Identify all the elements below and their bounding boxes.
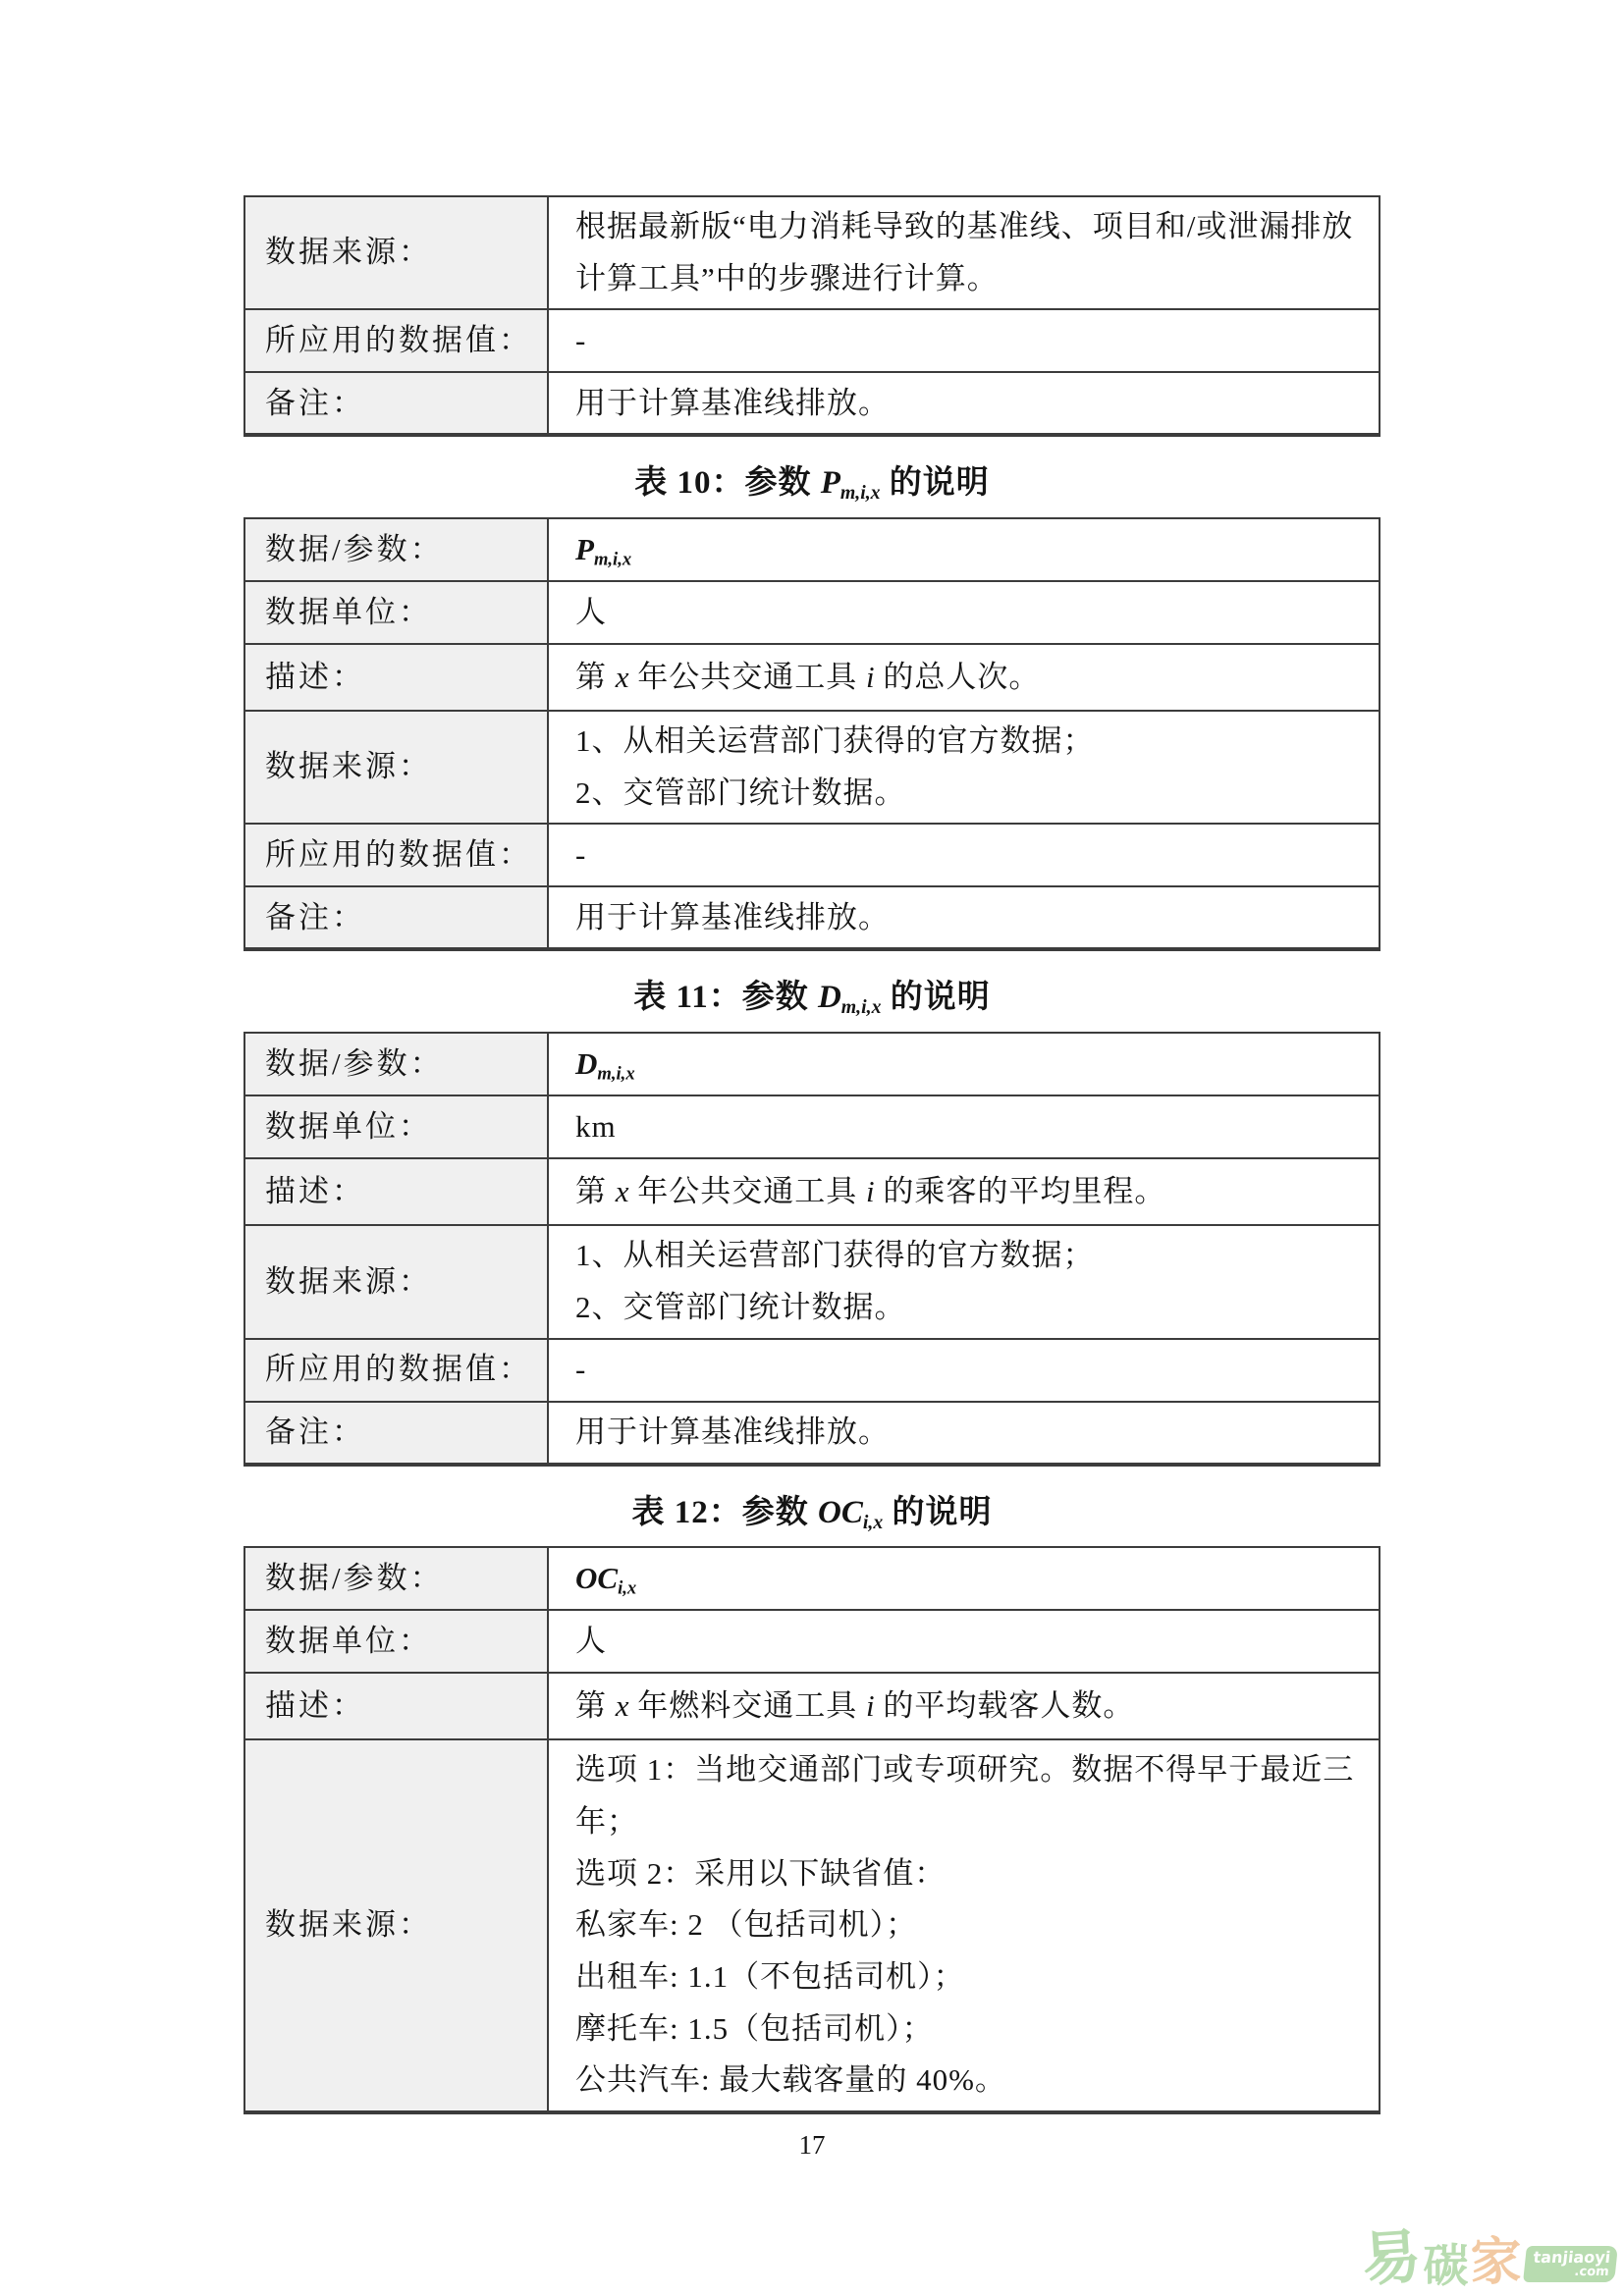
row-description: 描述： 第 x 年燃料交通工具 i 的平均载客人数。 <box>244 1673 1380 1739</box>
row-label-cell: 数据/参数： <box>244 1547 548 1610</box>
row-data-parameter: 数据/参数： OCi,x <box>244 1547 1380 1610</box>
title-text: 表 12：参数 <box>632 1495 819 1530</box>
row-value-cell: 人 <box>548 1610 1380 1673</box>
row-data-source: 数据来源： 1、从相关运营部门获得的官方数据； 2、交管部门统计数据。 <box>244 711 1380 824</box>
row-value-cell: 用于计算基准线排放。 <box>548 886 1380 949</box>
row-data-unit: 数据单位： km <box>244 1095 1380 1158</box>
row-label-cell: 数据/参数： <box>244 1033 548 1095</box>
row-data-source: 数据来源： 1、从相关运营部门获得的官方数据； 2、交管部门统计数据。 <box>244 1225 1380 1338</box>
row-data-parameter: 数据/参数： Dm,i,x <box>244 1033 1380 1095</box>
row-applied-value: 所应用的数据值： - <box>244 309 1380 372</box>
title-text: 表 10：参数 <box>634 465 821 501</box>
row-data-unit: 数据单位： 人 <box>244 1610 1380 1673</box>
row-value-cell: Pm,i,x <box>548 518 1380 581</box>
row-value-cell: 1、从相关运营部门获得的官方数据； 2、交管部门统计数据。 <box>548 711 1380 824</box>
watermark-char-yi: 易 <box>1360 2227 1423 2290</box>
row-label-cell: 数据单位： <box>244 1095 548 1158</box>
param-name: Dm,i,x <box>575 1046 635 1081</box>
row-description: 描述： 第 x 年公共交通工具 i 的乘客的平均里程。 <box>244 1158 1380 1225</box>
row-label-cell: 备注： <box>244 886 548 949</box>
row-value-cell: - <box>548 1339 1380 1402</box>
row-value-cell: 1、从相关运营部门获得的官方数据； 2、交管部门统计数据。 <box>548 1225 1380 1338</box>
title-text: 的说明 <box>881 980 990 1015</box>
table-10: 数据/参数： Pm,i,x 数据单位： 人 描述： 第 x 年公共交通工具 i … <box>244 517 1380 951</box>
row-label-cell: 描述： <box>244 1158 548 1225</box>
row-value-cell: - <box>548 824 1380 886</box>
row-label-cell: 描述： <box>244 644 548 711</box>
row-remarks: 备注： 用于计算基准线排放。 <box>244 372 1380 435</box>
title-text: 表 11：参数 <box>633 980 818 1015</box>
row-description: 描述： 第 x 年公共交通工具 i 的总人次。 <box>244 644 1380 711</box>
table-11: 数据/参数： Dm,i,x 数据单位： km 描述： 第 x 年公共交通工具 i… <box>244 1032 1380 1466</box>
row-label-cell: 描述： <box>244 1673 548 1739</box>
row-label-cell: 备注： <box>244 1402 548 1465</box>
row-data-unit: 数据单位： 人 <box>244 581 1380 644</box>
row-data-source: 数据来源： 选项 1：当地交通部门或专项研究。数据不得早于最近三年； 选项 2：… <box>244 1739 1380 2112</box>
row-label-cell: 所应用的数据值： <box>244 1339 548 1402</box>
param-name: Pm,i,x <box>575 532 631 566</box>
row-label-cell: 数据来源： <box>244 711 548 824</box>
row-value-cell: 根据最新版“电力消耗导致的基准线、项目和/或泄漏排放计算工具”中的步骤进行计算。 <box>548 196 1380 309</box>
row-remarks: 备注： 用于计算基准线排放。 <box>244 886 1380 949</box>
row-label-cell: 所应用的数据值： <box>244 824 548 886</box>
watermark-char-tan: 碳 <box>1423 2243 1468 2288</box>
page-number: 17 <box>0 2130 1624 2161</box>
row-applied-value: 所应用的数据值： - <box>244 824 1380 886</box>
row-value-cell: 选项 1：当地交通部门或专项研究。数据不得早于最近三年； 选项 2：采用以下缺省… <box>548 1739 1380 2112</box>
row-data-parameter: 数据/参数： Pm,i,x <box>244 518 1380 581</box>
table-11-title: 表 11：参数 Dm,i,x 的说明 <box>244 982 1380 1018</box>
row-label-cell: 数据/参数： <box>244 518 548 581</box>
row-label-cell: 数据单位： <box>244 581 548 644</box>
row-value-cell: 用于计算基准线排放。 <box>548 1402 1380 1465</box>
param-name: OCi,x <box>818 1495 883 1530</box>
row-value-cell: Dm,i,x <box>548 1033 1380 1095</box>
watermark-domain-badge: tanjiaoyi.com <box>1524 2246 1618 2282</box>
row-label-cell: 所应用的数据值： <box>244 309 548 372</box>
row-value-cell: 第 x 年燃料交通工具 i 的平均载客人数。 <box>548 1673 1380 1739</box>
row-label-cell: 数据来源： <box>244 196 548 309</box>
row-label-cell: 备注： <box>244 372 548 435</box>
table-12: 数据/参数： OCi,x 数据单位： 人 描述： 第 x 年燃料交通工具 i 的… <box>244 1546 1380 2114</box>
param-name: OCi,x <box>575 1561 636 1595</box>
row-label-cell: 数据来源： <box>244 1225 548 1338</box>
row-label-cell: 数据来源： <box>244 1739 548 2112</box>
document-page: 数据来源： 根据最新版“电力消耗导致的基准线、项目和/或泄漏排放计算工具”中的步… <box>0 0 1624 2296</box>
page-content: 数据来源： 根据最新版“电力消耗导致的基准线、项目和/或泄漏排放计算工具”中的步… <box>244 195 1380 2114</box>
row-value-cell: 第 x 年公共交通工具 i 的乘客的平均里程。 <box>548 1158 1380 1225</box>
watermark-logo: 易 碳 家 tanjiaoyi.com <box>1362 2229 1616 2288</box>
param-name: Pm,i,x <box>821 465 881 501</box>
row-value-cell: OCi,x <box>548 1547 1380 1610</box>
parameter-table-continued: 数据来源： 根据最新版“电力消耗导致的基准线、项目和/或泄漏排放计算工具”中的步… <box>244 195 1380 437</box>
row-value-cell: 第 x 年公共交通工具 i 的总人次。 <box>548 644 1380 711</box>
row-value-cell: 人 <box>548 581 1380 644</box>
watermark-char-jia: 家 <box>1470 2237 1521 2288</box>
row-applied-value: 所应用的数据值： - <box>244 1339 1380 1402</box>
row-value-cell: km <box>548 1095 1380 1158</box>
table-10-title: 表 10：参数 Pm,i,x 的说明 <box>244 467 1380 504</box>
row-value-cell: 用于计算基准线排放。 <box>548 372 1380 435</box>
row-remarks: 备注： 用于计算基准线排放。 <box>244 1402 1380 1465</box>
row-data-source: 数据来源： 根据最新版“电力消耗导致的基准线、项目和/或泄漏排放计算工具”中的步… <box>244 196 1380 309</box>
row-value-cell: - <box>548 309 1380 372</box>
table-12-title: 表 12：参数 OCi,x 的说明 <box>244 1497 1380 1533</box>
param-name: Dm,i,x <box>818 980 882 1015</box>
title-text: 的说明 <box>883 1495 992 1530</box>
row-label-cell: 数据单位： <box>244 1610 548 1673</box>
title-text: 的说明 <box>881 465 990 501</box>
